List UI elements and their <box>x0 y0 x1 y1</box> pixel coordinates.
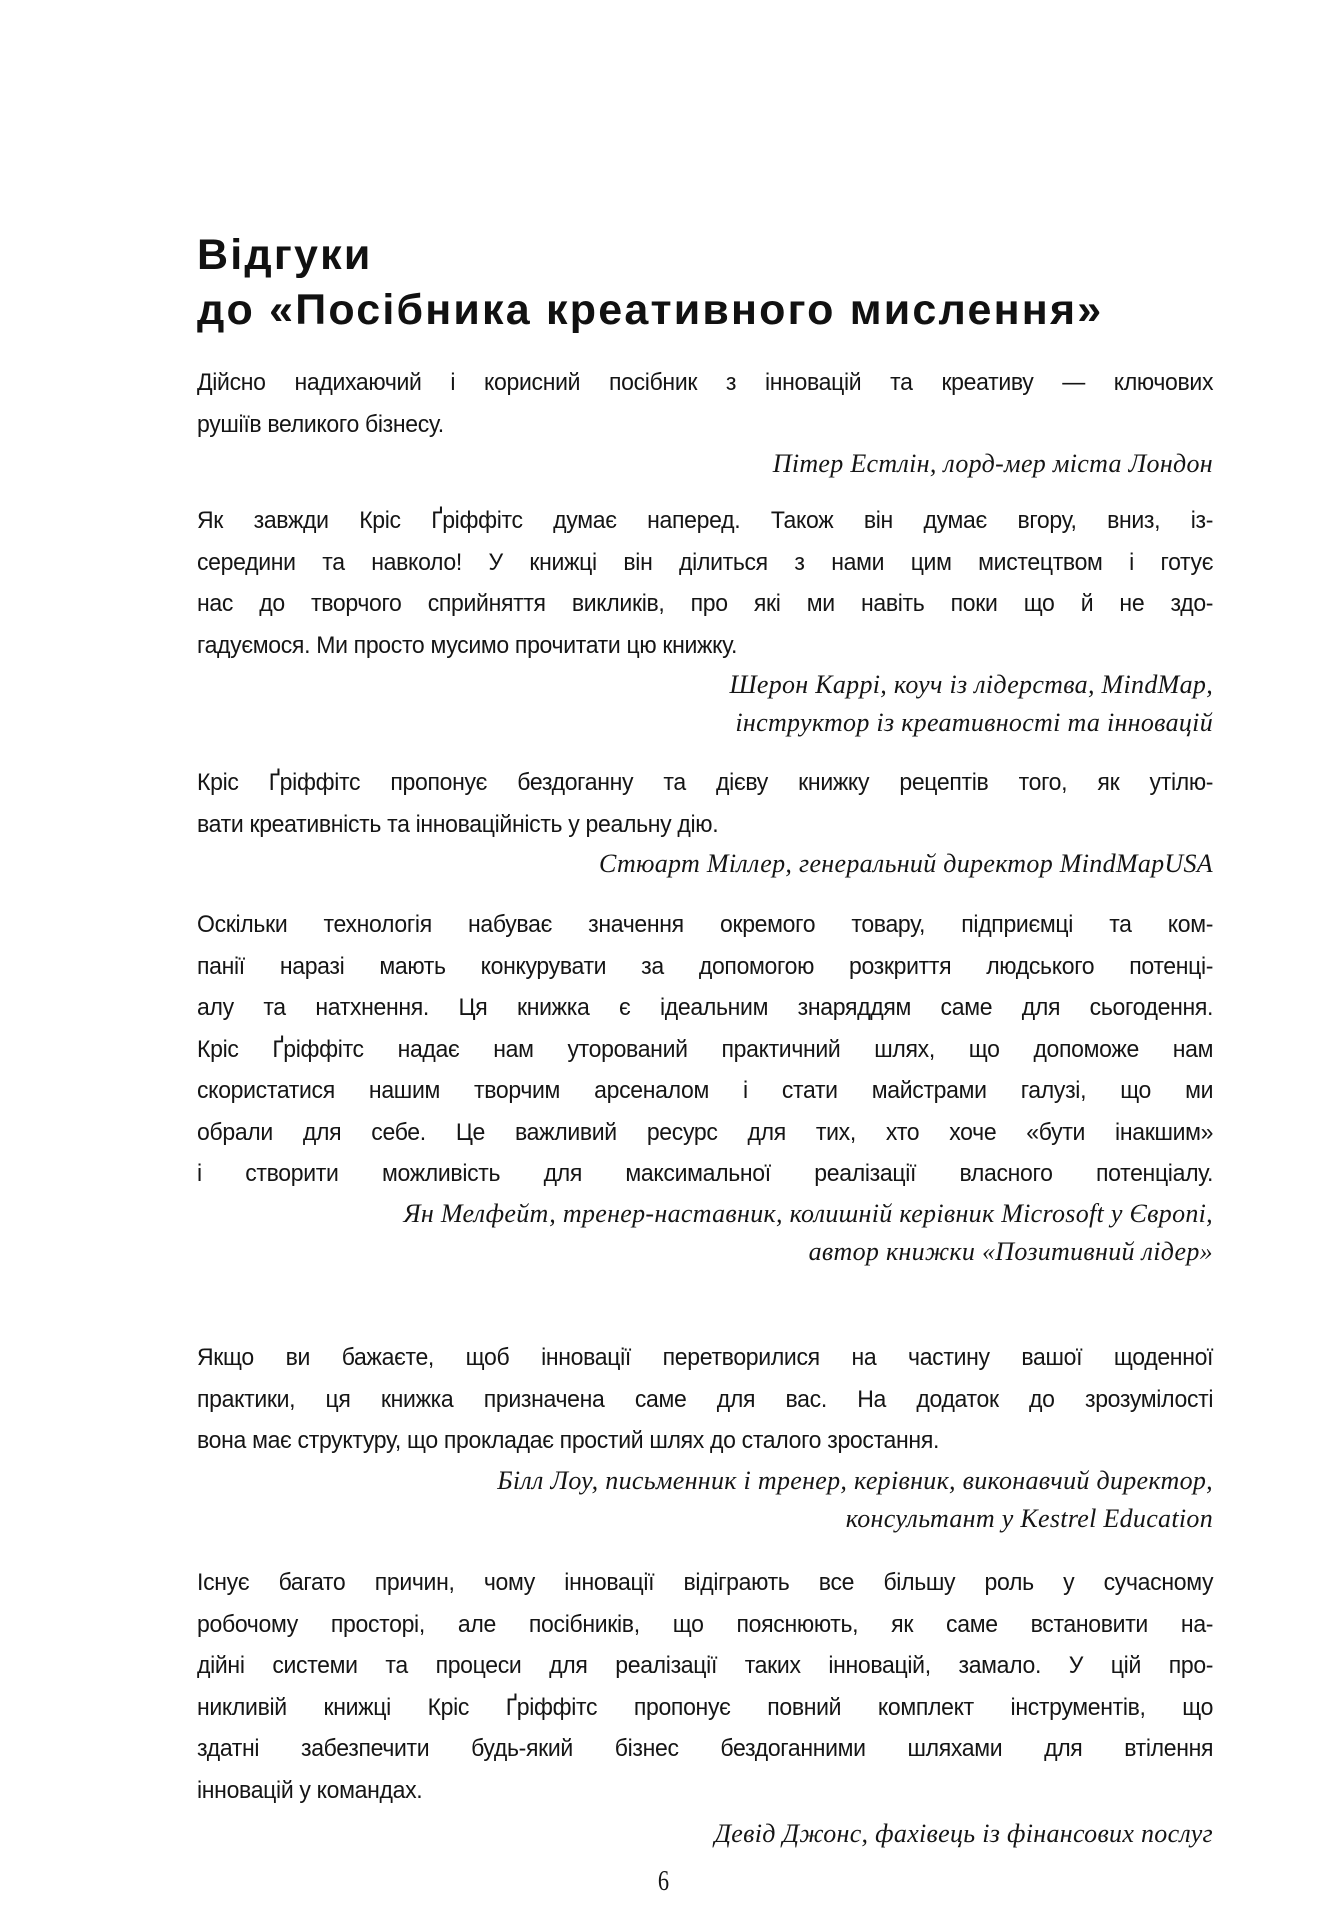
attribution-line: Ян Мелфейт, тренер-наставник, колишній к… <box>197 1195 1213 1233</box>
text-line: вона має структуру, що прокладає простий… <box>197 1420 1213 1462</box>
testimonial-attribution: Ян Мелфейт, тренер-наставник, колишній к… <box>197 1195 1213 1271</box>
attribution-line: Білл Лоу, письменник і тренер, керівник,… <box>197 1462 1213 1500</box>
testimonial-attribution: Пітер Естлін, лорд-мер міста Лондон <box>197 445 1213 483</box>
testimonial-text: Як завжди Кріс Ґріффітс думає наперед. Т… <box>197 500 1213 666</box>
text-line: панії наразі мають конкурувати за допомо… <box>197 946 1213 988</box>
book-page: Відгуки до «Посібника креативного мислен… <box>0 0 1327 1929</box>
text-line: Існує багато причин, чому інновації віді… <box>197 1562 1213 1604</box>
testimonial-text: Дійсно надихаючий і корисний посібник з … <box>197 362 1213 445</box>
attribution-line: Пітер Естлін, лорд-мер міста Лондон <box>197 445 1213 483</box>
testimonial-4: Оскільки технологія набуває значення окр… <box>197 904 1213 1271</box>
text-line: дійні системи та процеси для реалізації … <box>197 1645 1213 1687</box>
text-line: Як завжди Кріс Ґріффітс думає наперед. Т… <box>197 500 1213 542</box>
testimonial-text: Кріс Ґріффітс пропонує бездоганну та діє… <box>197 762 1213 845</box>
testimonial-attribution: Девід Джонс, фахівець із фінансових посл… <box>197 1815 1213 1853</box>
text-line: робочому просторі, але посібників, що по… <box>197 1604 1213 1646</box>
testimonial-attribution: Шерон Каррі, коуч із лідерства, MindMap,… <box>197 666 1213 742</box>
testimonial-text: Існує багато причин, чому інновації віді… <box>197 1562 1213 1811</box>
attribution-line: Шерон Каррі, коуч із лідерства, MindMap, <box>197 666 1213 704</box>
text-line: Якщо ви бажаєте, щоб інновації перетвори… <box>197 1337 1213 1379</box>
text-line: скористатися нашим творчим арсеналом і с… <box>197 1070 1213 1112</box>
text-line: вати креативність та інноваційність у ре… <box>197 804 1213 846</box>
text-line: Дійсно надихаючий і корисний посібник з … <box>197 362 1213 404</box>
testimonial-attribution: Стюарт Міллер, генеральний директор Mind… <box>197 845 1213 883</box>
attribution-line: Стюарт Міллер, генеральний директор Mind… <box>197 845 1213 883</box>
text-line: рушіїв великого бізнесу. <box>197 404 1213 446</box>
testimonial-attribution: Білл Лоу, письменник і тренер, керівник,… <box>197 1462 1213 1538</box>
attribution-line: інструктор із креативності та інновацій <box>197 704 1213 742</box>
text-line: Кріс Ґріффітс пропонує бездоганну та діє… <box>197 762 1213 804</box>
attribution-line: консультант у Kestrel Education <box>197 1500 1213 1538</box>
attribution-line: Девід Джонс, фахівець із фінансових посл… <box>197 1815 1213 1853</box>
text-line: і створити можливість для максимальної р… <box>197 1153 1213 1195</box>
text-line: Кріс Ґріффітс надає нам уторований практ… <box>197 1029 1213 1071</box>
text-line: гадуємося. Ми просто мусимо прочитати цю… <box>197 625 1213 667</box>
text-line: практики, ця книжка призначена саме для … <box>197 1379 1213 1421</box>
text-line: никливій книжці Кріс Ґріффітс пропонує п… <box>197 1687 1213 1729</box>
title-line-2: до «Посібника креативного мислення» <box>197 283 1213 338</box>
testimonial-text: Оскільки технологія набуває значення окр… <box>197 904 1213 1195</box>
text-line: Оскільки технологія набуває значення окр… <box>197 904 1213 946</box>
testimonial-5: Якщо ви бажаєте, щоб інновації перетвори… <box>197 1337 1213 1538</box>
attribution-line: автор книжки «Позитивний лідер» <box>197 1233 1213 1271</box>
text-line: нас до творчого сприйняття викликів, про… <box>197 583 1213 625</box>
testimonial-2: Як завжди Кріс Ґріффітс думає наперед. Т… <box>197 500 1213 742</box>
testimonial-3: Кріс Ґріффітс пропонує бездоганну та діє… <box>197 762 1213 883</box>
text-line: здатні забезпечити будь-який бізнес безд… <box>197 1728 1213 1770</box>
testimonial-1: Дійсно надихаючий і корисний посібник з … <box>197 362 1213 483</box>
testimonial-text: Якщо ви бажаєте, щоб інновації перетвори… <box>197 1337 1213 1462</box>
text-line: середини та навколо! У книжці він ділить… <box>197 542 1213 584</box>
title-line-1: Відгуки <box>197 228 1213 283</box>
text-line: обрали для себе. Це важливий ресурс для … <box>197 1112 1213 1154</box>
text-line: алу та натхнення. Ця книжка є ідеальним … <box>197 987 1213 1029</box>
text-line: інновацій у командах. <box>197 1770 1213 1812</box>
page-number: 6 <box>133 1866 1195 1898</box>
testimonial-6: Існує багато причин, чому інновації віді… <box>197 1562 1213 1853</box>
page-title: Відгуки до «Посібника креативного мислен… <box>197 228 1213 338</box>
